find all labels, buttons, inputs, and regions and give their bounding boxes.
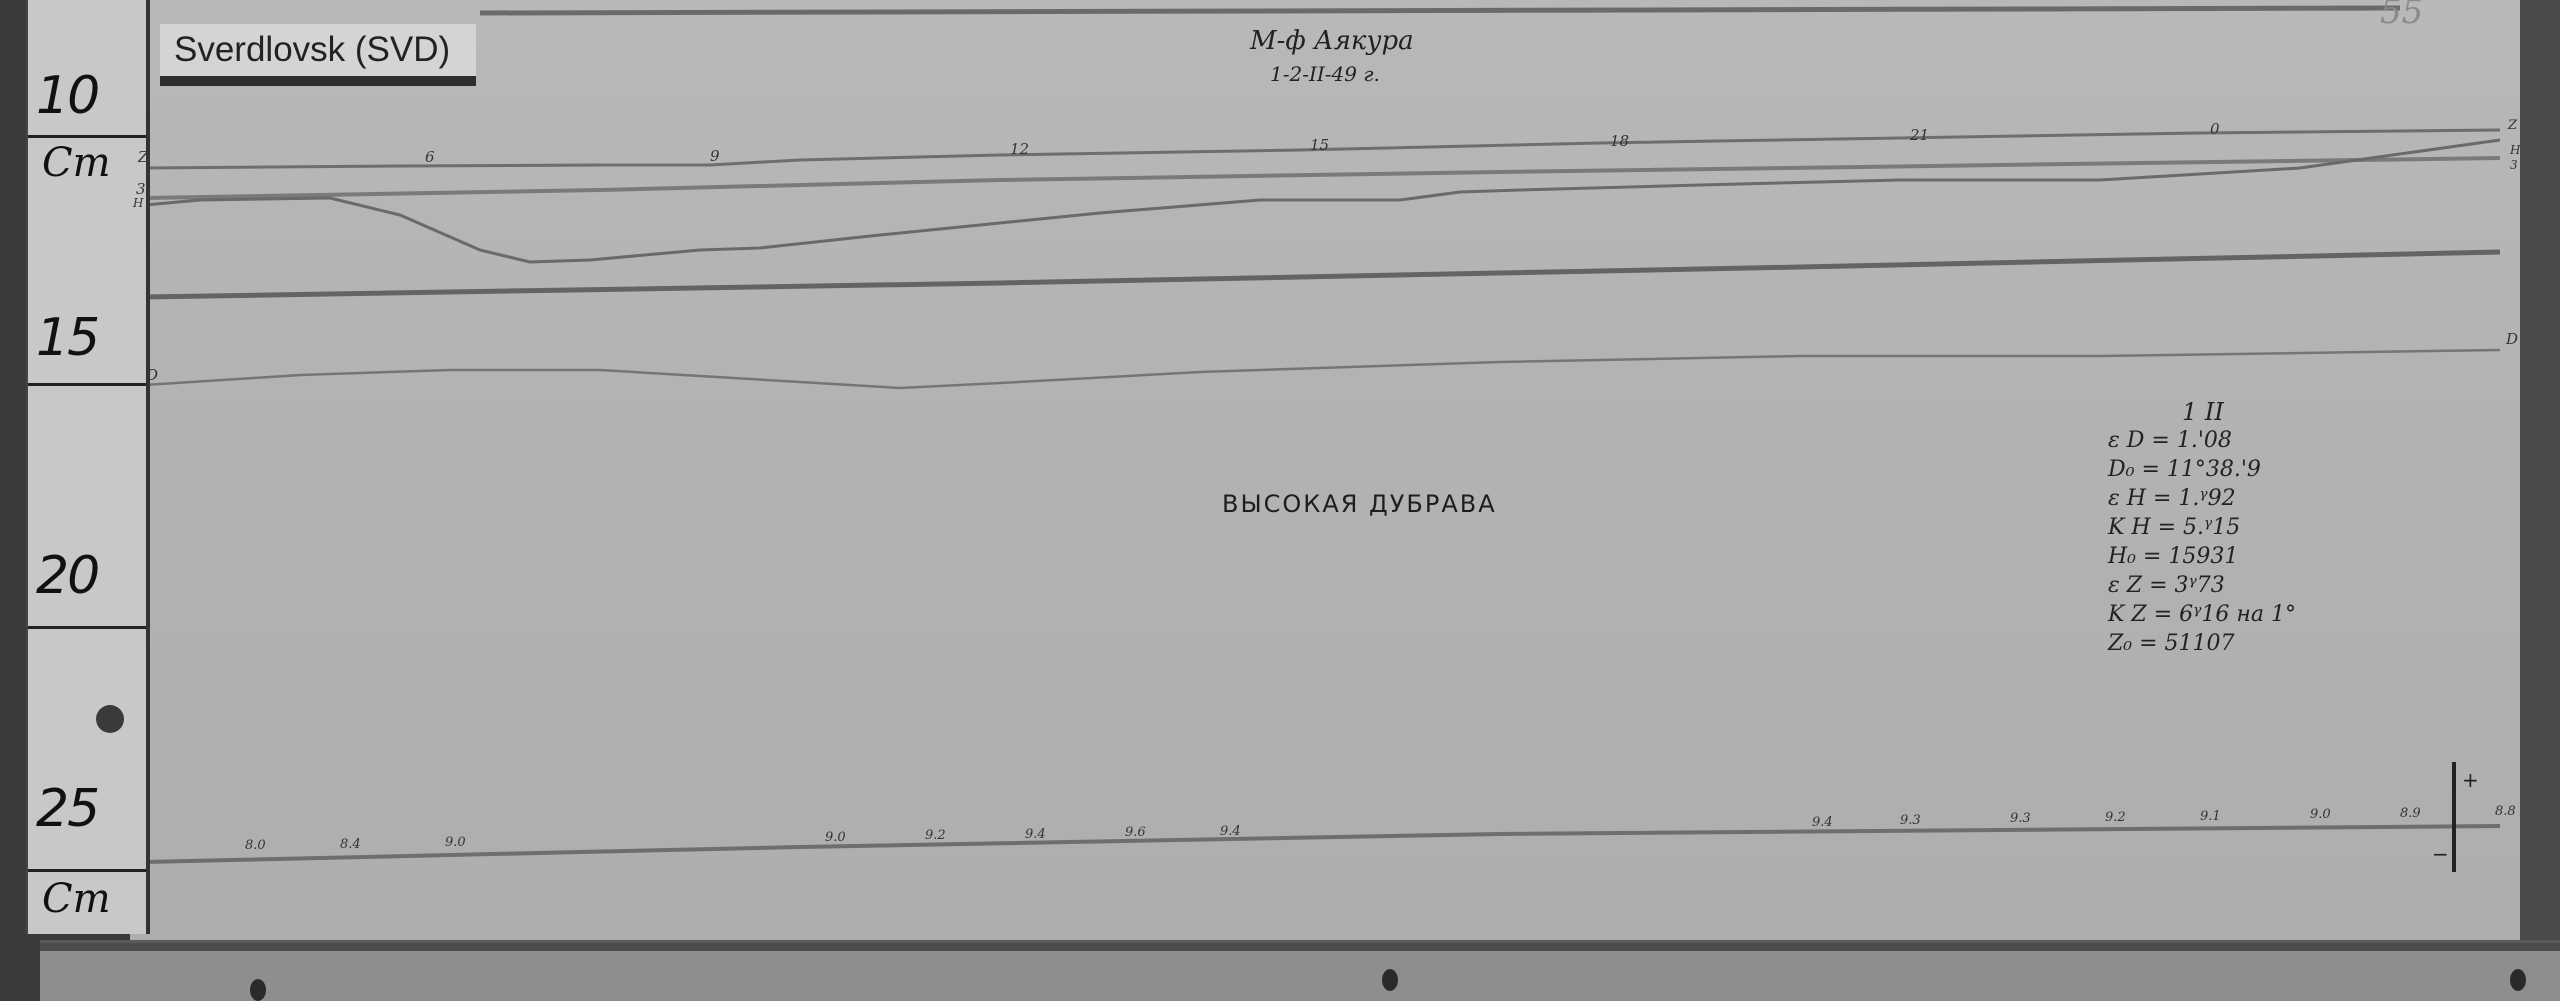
observer-name: М-ф Аякура	[1250, 26, 1414, 56]
hour-tick-label: 15	[1310, 136, 1329, 154]
param-row: K Z = 6ᵞ16 на 1°	[2108, 602, 2296, 631]
temperature-tick-label: 9.0	[825, 830, 846, 845]
trace-temperature-baseline	[145, 826, 2500, 862]
temperature-tick-label: 9.3	[1900, 813, 1921, 828]
polarity-minus: −	[2432, 842, 2449, 866]
ruler-mark: 15	[36, 308, 98, 368]
temperature-tick-label: 9.1	[2200, 809, 2221, 824]
hour-tick-label: 9	[710, 147, 720, 165]
temperature-tick-label: 8.9	[2400, 806, 2421, 821]
polarity-arrow-icon	[2452, 762, 2456, 872]
ruler-mark: 20	[36, 546, 98, 606]
param-row: D₀ = 11°38.'9	[2108, 457, 2296, 486]
temperature-tick-label: 9.0	[445, 835, 466, 850]
polarity-plus: +	[2462, 768, 2479, 792]
ruler-mark: 25	[36, 779, 98, 839]
ruler-cell: 15	[28, 138, 146, 386]
ruler-cell: 10	[28, 0, 146, 138]
parameters-heading: 1 II	[2182, 398, 2296, 428]
ruler-cell: 25	[28, 629, 146, 872]
temperature-tick-label: 9.4	[1220, 824, 1241, 839]
temperature-tick-label: 8.0	[245, 838, 266, 853]
param-row: H₀ = 15931	[2108, 544, 2296, 573]
trace-label-d-right: D	[2506, 330, 2518, 348]
hour-tick-label: 6	[425, 148, 435, 166]
trace-label-3-right: 3	[2510, 158, 2518, 172]
scale-parameters: 1 II ε D = 1.'08 D₀ = 11°38.'9 ε H = 1.ᵞ…	[2108, 398, 2296, 660]
record-date: 1-2-II-49 г.	[1270, 62, 1380, 86]
place-name: ВЫСОКАЯ ДУБРАВА	[1222, 490, 1497, 518]
ruler-unit-bottom: Cm	[42, 876, 111, 922]
param-row: ε H = 1.ᵞ92	[2108, 486, 2296, 515]
temperature-tick-label: 9.3	[2010, 811, 2031, 826]
temperature-tick-label: 9.2	[925, 828, 946, 843]
param-row: Z₀ = 51107	[2108, 631, 2296, 660]
hour-tick-label: 12	[1010, 140, 1029, 158]
param-row: K H = 5.ᵞ15	[2108, 515, 2296, 544]
trace-d	[145, 350, 2500, 388]
trace-h-baseline	[145, 252, 2500, 297]
station-label: Sverdlovsk (SVD)	[160, 24, 476, 76]
page-number: 55	[2380, 0, 2423, 32]
trace-h	[145, 140, 2500, 262]
temperature-tick-label: 9.0	[2310, 807, 2331, 822]
trace-label-z: Z	[138, 148, 148, 166]
ruler-mark: 10	[36, 66, 98, 126]
temperature-tick-label: 9.4	[1025, 827, 1046, 842]
trace-label-z-right: Z	[2508, 118, 2517, 133]
hour-tick-label: 21	[1910, 126, 1929, 144]
temperature-tick-label: 8.4	[340, 837, 361, 852]
ruler-cell: 20	[28, 386, 146, 629]
param-row: ε Z = 3ᵞ73	[2108, 573, 2296, 602]
trace-label-h: H	[133, 196, 143, 210]
hour-tick-label: 18	[1610, 132, 1629, 150]
temperature-tick-label: 9.4	[1812, 815, 1833, 830]
temperature-tick-label: 9.6	[1125, 825, 1146, 840]
trace-label-h-right: H	[2510, 143, 2520, 157]
temperature-tick-label: 9.2	[2105, 810, 2126, 825]
hour-tick-label: 0	[2210, 120, 2220, 138]
cm-ruler: 10 Cm 15 20 25 Cm	[26, 0, 150, 934]
param-row: ε D = 1.'08	[2108, 428, 2296, 457]
temperature-tick-label: 8.8	[2495, 804, 2516, 819]
trace-label-d: D	[146, 366, 158, 384]
